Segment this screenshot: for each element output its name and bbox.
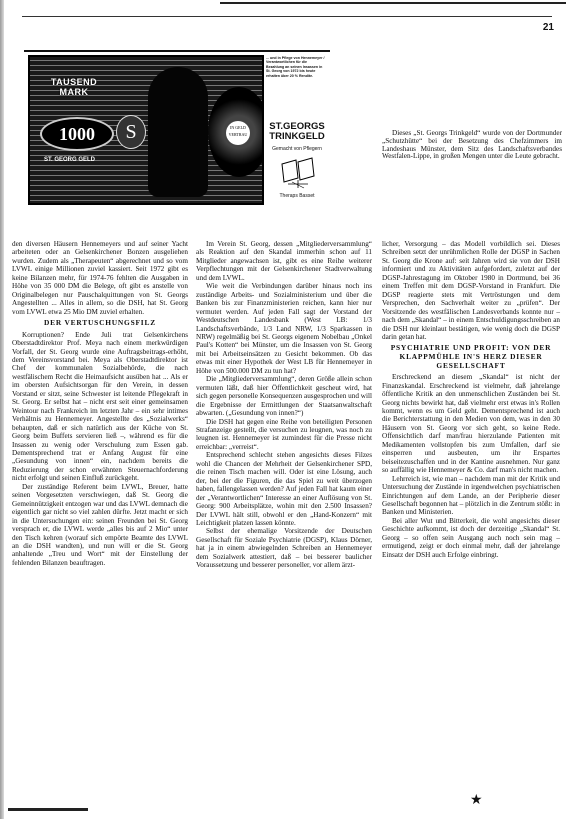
coin-footer: Theraps Basset	[268, 193, 326, 199]
article-column-3: licher, Versorgung – das Modell vorbildl…	[382, 240, 560, 559]
article-column-1: den diversen Häusern Hennemeyers und auf…	[12, 240, 188, 567]
banknote-small-text: ST. GEORG GELD	[44, 157, 95, 163]
article-column-2: Im Verein St. Georg, dessen „Mitgliederv…	[196, 240, 372, 570]
brand-line-2: TRINKGELD	[264, 132, 330, 142]
paragraph: Korruptionen? Ende Juli trat Gelsenkirch…	[12, 331, 188, 483]
banknote-seal: IN GELD VERTRAU	[226, 121, 250, 145]
top-rule	[220, 2, 566, 4]
paragraph: Lehrreich ist, wie man – nachdem man mit…	[382, 475, 560, 517]
bottom-rule	[8, 808, 88, 811]
section-heading: DER VERTUSCHUNGSFILZ	[12, 319, 188, 328]
paragraph: Wie weit die Verbindungen darüber hinaus…	[196, 282, 372, 375]
figure-side-caption: ... und in Pflege von Hennemeyer / Veran…	[266, 56, 326, 78]
paragraph: den diversen Häusern Hennemeyers und auf…	[12, 240, 188, 316]
end-star-icon: ★	[470, 792, 483, 809]
paragraph: Die DSH hat gegen eine Reihe von beteili…	[196, 418, 372, 452]
figure-caption: Dieses „St. Georgs Trinkgeld“ wurde von …	[382, 130, 562, 161]
st-george-figure-icon	[148, 67, 208, 197]
paragraph: Die „Mitgliederversammlung“, deren Größe…	[196, 375, 372, 417]
paragraph: Erschreckend an diesem „Skandal“ ist nic…	[382, 373, 560, 474]
page-edge-shadow	[0, 0, 4, 819]
banknote-figure: TAUSEND MARK 1000 S IN GELD VERTRAU ST. …	[24, 50, 330, 206]
paragraph: licher, Versorgung – das Modell vorbildl…	[382, 240, 560, 341]
coin-label: Gemacht von Pflegern	[268, 146, 326, 152]
figure-rule	[24, 50, 330, 52]
paragraph: Bei aller Wut und Bitterkeit, die wohl a…	[382, 517, 560, 559]
currency-symbol-icon: S	[116, 115, 146, 149]
paragraph: Im Verein St. Georg, dessen „Mitgliederv…	[196, 240, 372, 282]
section-heading: PSYCHIATRIE UND PROFIT: VON DER KLAPPMÜH…	[382, 344, 560, 370]
coins-sketch-icon	[278, 154, 318, 190]
figure-brand: ST.GEORGS TRINKGELD	[264, 122, 330, 142]
paragraph: Der zuständige Referent beim LVWL, Breue…	[12, 483, 188, 568]
banknote-denomination-number: 1000	[40, 117, 114, 151]
paragraph: Entsprechend schlecht stehen angesichts …	[196, 451, 372, 527]
paragraph: Selbst der ehemalige Vorsitzende der Deu…	[196, 527, 372, 569]
banknote-image: TAUSEND MARK 1000 S IN GELD VERTRAU ST. …	[28, 55, 264, 205]
header-rule	[22, 16, 552, 17]
banknote-denomination-words: TAUSEND MARK	[44, 77, 104, 97]
page-number: 21	[543, 22, 554, 33]
